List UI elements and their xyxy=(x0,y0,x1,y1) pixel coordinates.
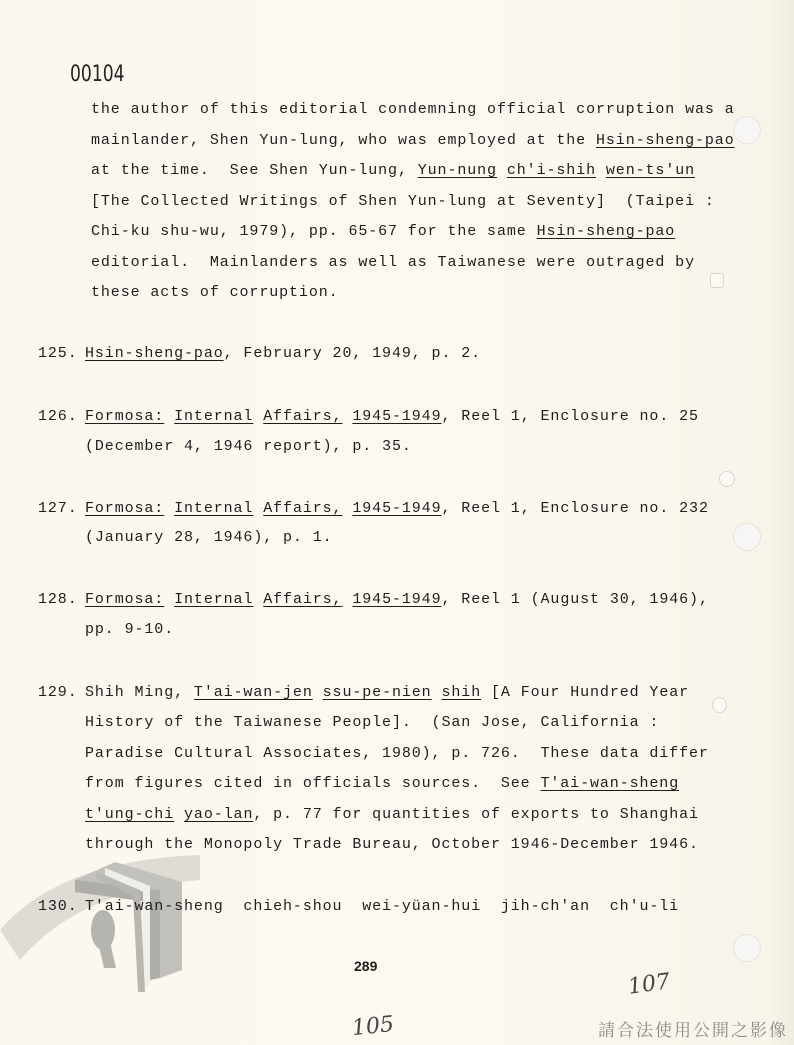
paragraph-line: at the time. See Shen Yun-lung, Yun-nung… xyxy=(91,162,695,180)
text-run: T'ai-wan-sheng chieh-shou wei-yüan-hui j… xyxy=(85,898,679,915)
footnote-line: (December 4, 1946 report), p. 35. xyxy=(85,438,412,456)
page-number: 289 xyxy=(354,958,377,974)
paragraph-line: editorial. Mainlanders as well as Taiwan… xyxy=(91,254,695,272)
text-run: , February 20, 1949, p. 2. xyxy=(224,345,481,362)
footnote-number: 127. xyxy=(38,500,78,517)
footnote-line: (January 28, 1946), p. 1. xyxy=(85,529,333,547)
underlined-title: shih xyxy=(441,684,481,701)
footnote-line: from figures cited in officials sources.… xyxy=(85,775,679,793)
underlined-title: T'ai-wan-jen xyxy=(194,684,313,701)
text-run: from figures cited in officials sources.… xyxy=(85,775,540,792)
footnote-line: Formosa: Internal Affairs, 1945-1949, Re… xyxy=(85,591,709,609)
punch-hole-small xyxy=(712,697,727,713)
underlined-title: Formosa: xyxy=(85,591,164,608)
archive-logo-watermark xyxy=(0,850,200,1045)
underlined-title: wen-ts'un xyxy=(606,162,695,179)
text-run: at the time. See Shen Yun-lung, xyxy=(91,162,418,179)
underlined-title: 1945-1949 xyxy=(352,408,441,425)
text-run xyxy=(342,408,352,425)
text-run xyxy=(164,591,174,608)
underlined-title: ssu-pe-nien xyxy=(323,684,432,701)
underlined-title: Internal xyxy=(174,500,253,517)
paragraph-line: Chi-ku shu-wu, 1979), pp. 65-67 for the … xyxy=(91,223,675,241)
footnote-line: t'ung-chi yao-lan, p. 77 for quantities … xyxy=(85,806,699,824)
text-run xyxy=(164,408,174,425)
text-run xyxy=(342,591,352,608)
footnote-number: 130. xyxy=(38,898,78,915)
text-run xyxy=(596,162,606,179)
underlined-title: ch'i-shih xyxy=(507,162,596,179)
text-run xyxy=(174,806,184,823)
text-run: editorial. Mainlanders as well as Taiwan… xyxy=(91,254,695,271)
text-run xyxy=(432,684,442,701)
underlined-title: Affairs, xyxy=(263,591,342,608)
punch-hole-small xyxy=(710,273,724,288)
underlined-title: Hsin-sheng-pao xyxy=(596,132,735,149)
underlined-title: Internal xyxy=(174,591,253,608)
text-run: [The Collected Writings of Shen Yun-lung… xyxy=(91,193,715,210)
underlined-title: Formosa: xyxy=(85,500,164,517)
archive-id: 00104 xyxy=(70,62,125,87)
footnote-line: through the Monopoly Trade Bureau, Octob… xyxy=(85,836,699,854)
footnote-number: 129. xyxy=(38,684,78,701)
text-run: Chi-ku shu-wu, 1979), pp. 65-67 for the … xyxy=(91,223,537,240)
footnote-number: 126. xyxy=(38,408,78,425)
underlined-title: Hsin-sheng-pao xyxy=(85,345,224,362)
text-run: Shih Ming, xyxy=(85,684,194,701)
handwritten-mark: 105 xyxy=(351,1012,395,1041)
usage-watermark: 請合法使用公開之影像 xyxy=(598,1016,788,1041)
text-run xyxy=(313,684,323,701)
text-run xyxy=(342,500,352,517)
text-run: pp. 9-10. xyxy=(85,621,174,638)
text-run: , p. 77 for quantities of exports to Sha… xyxy=(253,806,699,823)
text-run: , Reel 1, Enclosure no. 232 xyxy=(442,500,709,517)
paragraph-line: [The Collected Writings of Shen Yun-lung… xyxy=(91,193,715,211)
punch-hole xyxy=(733,116,761,144)
underlined-title: yao-lan xyxy=(184,806,253,823)
text-run: History of the Taiwanese People]. (San J… xyxy=(85,714,659,731)
text-run xyxy=(253,500,263,517)
underlined-title: Internal xyxy=(174,408,253,425)
text-run: through the Monopoly Trade Bureau, Octob… xyxy=(85,836,699,853)
footnote-line: Shih Ming, T'ai-wan-jen ssu-pe-nien shih… xyxy=(85,684,689,702)
underlined-title: 1945-1949 xyxy=(352,591,441,608)
text-run xyxy=(253,408,263,425)
footnote-line: Formosa: Internal Affairs, 1945-1949, Re… xyxy=(85,408,699,426)
text-run: Paradise Cultural Associates, 1980), p. … xyxy=(85,745,709,762)
punch-hole xyxy=(733,934,761,962)
footnote-line: T'ai-wan-sheng chieh-shou wei-yüan-hui j… xyxy=(85,898,679,916)
text-run: , Reel 1 (August 30, 1946), xyxy=(442,591,709,608)
underlined-title: T'ai-wan-sheng xyxy=(540,775,679,792)
text-run: (January 28, 1946), p. 1. xyxy=(85,529,333,546)
text-run: , Reel 1, Enclosure no. 25 xyxy=(442,408,699,425)
text-run: these acts of corruption. xyxy=(91,284,339,301)
paragraph-line: mainlander, Shen Yun-lung, who was emplo… xyxy=(91,132,735,150)
paragraph-line: these acts of corruption. xyxy=(91,284,339,302)
punch-hole xyxy=(733,523,761,551)
paragraph-line: the author of this editorial condemning … xyxy=(91,101,735,119)
text-run: [A Four Hundred Year xyxy=(481,684,689,701)
footnote-number: 125. xyxy=(38,345,78,362)
footnote-line: pp. 9-10. xyxy=(85,621,174,639)
text-run xyxy=(164,500,174,517)
underlined-title: Hsin-sheng-pao xyxy=(537,223,676,240)
text-run: mainlander, Shen Yun-lung, who was emplo… xyxy=(91,132,596,149)
footnote-line: Hsin-sheng-pao, February 20, 1949, p. 2. xyxy=(85,345,481,363)
footnote-number: 128. xyxy=(38,591,78,608)
underlined-title: Affairs, xyxy=(263,408,342,425)
footnote-line: Paradise Cultural Associates, 1980), p. … xyxy=(85,745,709,763)
underlined-title: Formosa: xyxy=(85,408,164,425)
underlined-title: Yun-nung xyxy=(418,162,497,179)
text-run xyxy=(497,162,507,179)
text-run xyxy=(253,591,263,608)
underlined-title: t'ung-chi xyxy=(85,806,174,823)
underlined-title: Affairs, xyxy=(263,500,342,517)
text-run: (December 4, 1946 report), p. 35. xyxy=(85,438,412,455)
punch-hole-small xyxy=(719,471,735,487)
footnote-line: History of the Taiwanese People]. (San J… xyxy=(85,714,659,732)
underlined-title: 1945-1949 xyxy=(352,500,441,517)
text-run: the author of this editorial condemning … xyxy=(91,101,735,118)
footnote-line: Formosa: Internal Affairs, 1945-1949, Re… xyxy=(85,500,709,518)
